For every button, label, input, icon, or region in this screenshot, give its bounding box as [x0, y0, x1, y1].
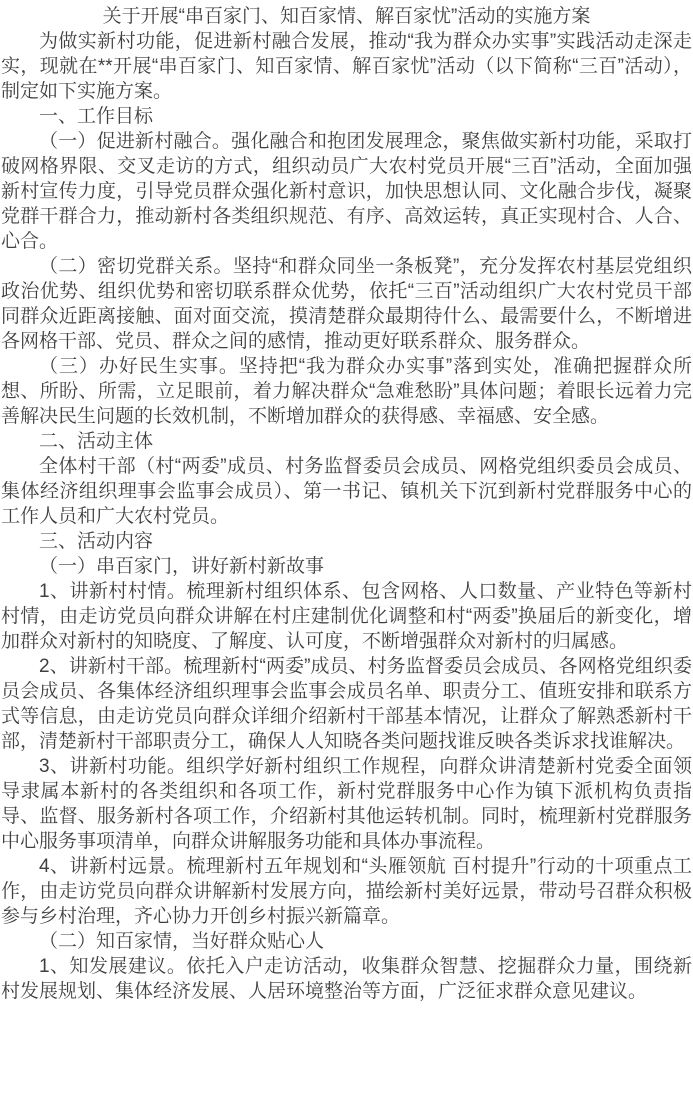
paragraph-development-suggestions: 1、知发展建议。依托入户走访活动，收集群众智慧、挖掘群众力量，围绕新村发展规划、…	[1, 954, 692, 1004]
paragraph-village-vision: 4、讲新村远景。梳理新村五年规划和“头雁领航 百村提升”行动的十项重点工作，由走…	[1, 854, 692, 929]
document-title: 关于开展“串百家门、知百家情、解百家忧”活动的实施方案	[1, 4, 692, 29]
paragraph-goal-1: （一）促进新村融合。强化融合和抱团发展理念，聚焦做实新村功能，采取打破网格界限、…	[1, 129, 692, 254]
paragraph-village-situation: 1、讲新村村情。梳理新村组织体系、包含网格、人口数量、产业特色等新村村情，由走访…	[1, 579, 692, 654]
paragraph-village-functions: 3、讲新村功能。组织学好新村组织工作规程，向群众讲清楚新村党委全面领导隶属本新村…	[1, 754, 692, 854]
section-heading-activity-subjects: 二、活动主体	[1, 429, 692, 454]
paragraph-goal-2: （二）密切党群关系。坚持“和群众同坐一条板凳”，充分发挥农村基层党组织政治优势、…	[1, 254, 692, 354]
subsection-heading-know-families: （二）知百家情，当好群众贴心人	[1, 929, 692, 954]
paragraph-village-cadres: 2、讲新村干部。梳理新村“两委”成员、村务监督委员会成员、各网格党组织委员会成员…	[1, 654, 692, 754]
document-page: 关于开展“串百家门、知百家情、解百家忧”活动的实施方案 为做实新村功能，促进新村…	[0, 0, 693, 1097]
paragraph-goal-3: （三）办好民生实事。坚持把“我为群众办实事”落到实处，准确把握群众所想、所盼、所…	[1, 354, 692, 429]
paragraph-subjects: 全体村干部（村“两委”成员、村务监督委员会成员、网格党组织委员会成员、集体经济组…	[1, 454, 692, 529]
section-heading-work-goals: 一、工作目标	[1, 104, 692, 129]
paragraph-intro: 为做实新村功能，促进新村融合发展，推动“我为群众办实事”实践活动走深走实，现就在…	[1, 29, 692, 104]
section-heading-activity-content: 三、活动内容	[1, 529, 692, 554]
subsection-heading-visit-homes: （一）串百家门，讲好新村新故事	[1, 554, 692, 579]
